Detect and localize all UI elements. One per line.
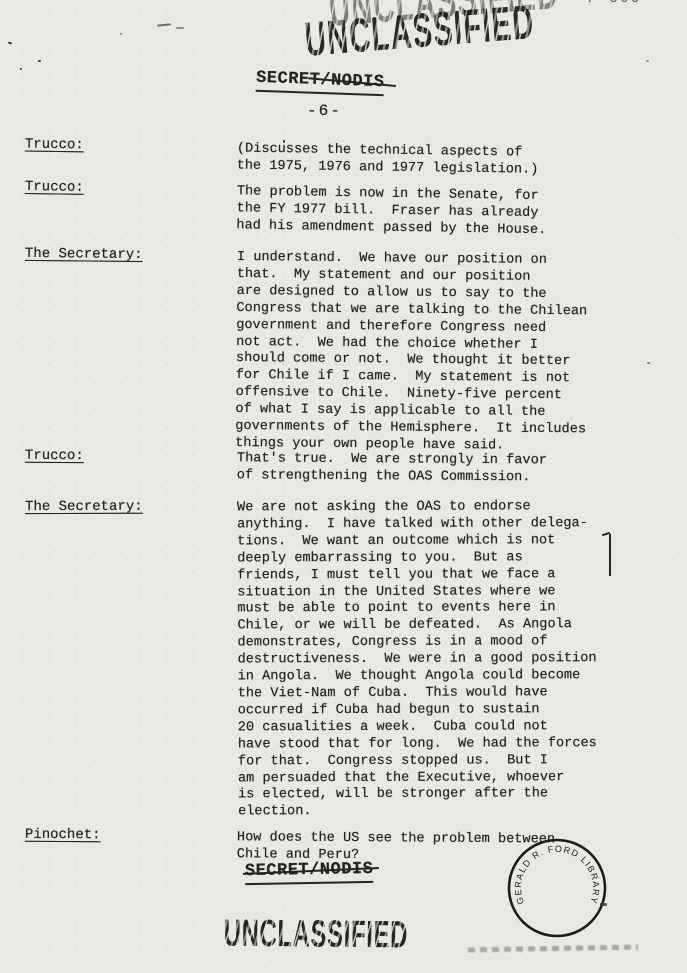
dialogue-text: The problem is now in the Senate, for th…: [236, 184, 637, 241]
margin-pen-mark: [609, 534, 611, 576]
speaker-label: The Secretary:: [25, 246, 143, 263]
unclassified-stamp-bottom: UNCLASSIFIED: [224, 912, 409, 958]
dialogue-entry: Pinochet: How does the US see the proble…: [25, 827, 665, 831]
speaker-label: Trucco:: [25, 137, 84, 154]
speaker-label: Pinochet:: [25, 827, 101, 844]
document-page: F 505 UNCLASSIFIED UNCLASSIFIED SECRET/N…: [0, 0, 687, 973]
corner-reference-number: F 505: [588, 0, 642, 6]
dialogue-text: We are not asking the OAS to endorse any…: [237, 499, 638, 822]
page-number: -6-: [307, 102, 342, 120]
classification-footer: SECRET/NODIS: [245, 860, 374, 885]
speaker-label: Trucco:: [25, 179, 84, 196]
dialogue-entry: The Secretary: I understand. We have our…: [25, 246, 665, 252]
dialogue-entry: The Secretary: We are not asking the OAS…: [25, 497, 665, 499]
dialogue-text: That's true. We are strongly in favor of…: [237, 451, 637, 488]
ford-library-stamp: GERALD R. FORD LIBRARY: [504, 836, 610, 942]
ford-library-stamp-text: GERALD R. FORD LIBRARY: [513, 844, 601, 906]
dialogue-text: (Discusses the technical aspects of the …: [237, 141, 637, 180]
unclassified-stamp-top: UNCLASSIFIED: [303, 0, 537, 68]
speaker-label: Trucco:: [25, 448, 84, 464]
scan-smudge: [468, 945, 638, 953]
speaker-label: The Secretary:: [25, 499, 143, 515]
svg-text:GERALD R. FORD LIBRARY: GERALD R. FORD LIBRARY: [513, 844, 601, 906]
stamp-circle: [509, 840, 605, 936]
dialogue-entry: Trucco: (Discusses the technical aspects…: [25, 137, 665, 146]
dialogue-text: I understand. We have our position on th…: [235, 250, 637, 457]
dialogue-entry: Trucco: The problem is now in the Senate…: [25, 179, 665, 189]
classification-header: SECRET/NODIS: [256, 69, 385, 96]
